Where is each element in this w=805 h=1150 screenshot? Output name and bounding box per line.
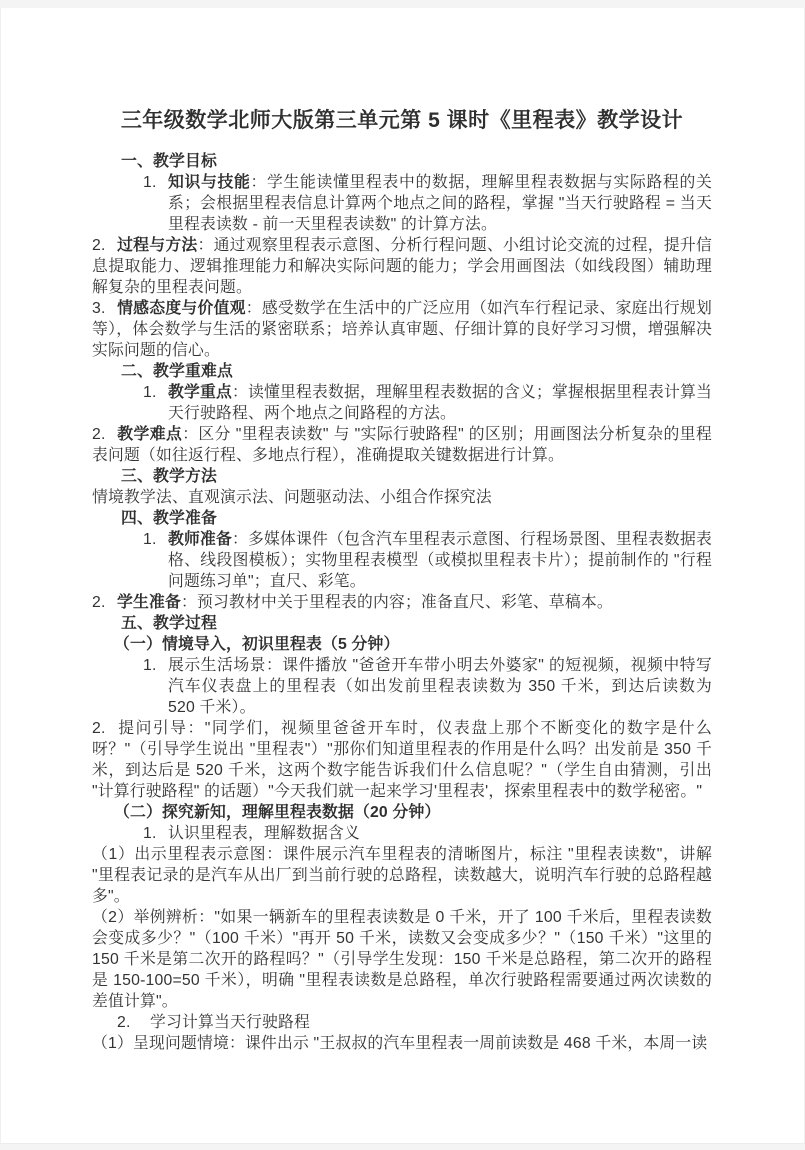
text-run: ：预习教材中关于里程表的内容；准备直尺、彩笔、草稿本。	[181, 594, 613, 611]
section-heading-1: 一、教学目标	[92, 151, 712, 172]
section-heading-2: 二、教学重难点	[92, 361, 712, 382]
emphasis-text: 二、教学重难点	[121, 363, 233, 380]
body-paragraph: （1）呈现问题情境：课件出示 "王叔叔的汽车里程表一周前读数是 468 千米，本…	[92, 1033, 712, 1054]
text-run: 情境教学法、直观演示法、问题驱动法、小组合作探究法	[92, 489, 492, 506]
numbered-paragraph: 2.学习计算当天行驶路程	[92, 1012, 712, 1033]
emphasis-text: 情感态度与价值观	[117, 300, 246, 317]
emphasis-text: 知识与技能	[168, 174, 251, 191]
emphasis-text: 四、教学准备	[121, 510, 217, 527]
body-paragraph: （1）出示里程表示意图：课件展示汽车里程表的清晰图片，标注 "里程表读数"，讲解…	[92, 844, 712, 907]
text-run: 展示生活场景：课件播放 "爸爸开车带小明去外婆家" 的短视频，视频中特写汽车仪表…	[168, 657, 712, 716]
list-item: 1.教学重点：读懂里程表数据，理解里程表数据的含义；掌握根据里程表计算当天行驶路…	[92, 382, 712, 424]
text-run: （1）呈现问题情境：课件出示 "王叔叔的汽车里程表一周前读数是 468 千米，本…	[92, 1035, 707, 1052]
page-margin-bottom	[0, 1143, 805, 1150]
text-run: ：区分 "里程表读数" 与 "实际行驶路程" 的区别；用画图法分析复杂的里程表问…	[92, 426, 712, 464]
emphasis-text: 五、教学过程	[121, 615, 217, 632]
list-marker: 2.	[92, 235, 117, 256]
section-heading-4: 四、教学准备	[92, 508, 712, 529]
emphasis-text: 过程与方法	[117, 237, 198, 254]
list-marker: 3.	[92, 298, 117, 319]
emphasis-text: （一）情境导入，初识里程表（5 分钟）	[114, 636, 400, 653]
list-item: 1.认识里程表，理解数据含义	[92, 823, 712, 844]
section-heading-3: 三、教学方法	[92, 466, 712, 487]
text-run: ：多媒体课件（包含汽车里程表示意图、行程场景图、里程表数据表格、线段图模板）；实…	[168, 531, 712, 590]
subsection-heading-1: （一）情境导入，初识里程表（5 分钟）	[92, 634, 712, 655]
text-run: （2）举例辨析："如果一辆新车的里程表读数是 0 千米，开了 100 千米后，里…	[92, 909, 712, 1010]
list-marker: 2.	[92, 718, 117, 739]
document-title: 三年级数学北师大版第三单元第 5 课时《里程表》教学设计	[92, 106, 712, 136]
list-marker: 2.	[92, 424, 117, 445]
text-run: ：读懂里程表数据，理解里程表数据的含义；掌握根据里程表计算当天行驶路程、两个地点…	[168, 384, 712, 422]
emphasis-text: 一、教学目标	[121, 153, 217, 170]
document-content: 三年级数学北师大版第三单元第 5 课时《里程表》教学设计 一、教学目标1.知识与…	[92, 106, 712, 1054]
list-item: 1.展示生活场景：课件播放 "爸爸开车带小明去外婆家" 的短视频，视频中特写汽车…	[92, 655, 712, 718]
emphasis-text: 三、教学方法	[121, 468, 217, 485]
subsection-heading-2: （二）探究新知，理解里程表数据（20 分钟）	[92, 802, 712, 823]
emphasis-text: 学生准备	[117, 594, 181, 611]
list-item: 1.知识与技能：学生能读懂里程表中的数据，理解里程表数据与实际路程的关系；会根据…	[92, 172, 712, 235]
section-heading-5: 五、教学过程	[92, 613, 712, 634]
text-run: （1）出示里程表示意图：课件展示汽车里程表的清晰图片，标注 "里程表读数"，讲解…	[92, 846, 712, 905]
list-marker: 1.	[143, 823, 157, 844]
numbered-paragraph: 2.学生准备：预习教材中关于里程表的内容；准备直尺、彩笔、草稿本。	[92, 592, 712, 613]
numbered-paragraph: 3.情感态度与价值观：感受数学在生活中的广泛应用（如汽车行程记录、家庭出行规划等…	[92, 298, 712, 361]
numbered-paragraph: 2.教学难点：区分 "里程表读数" 与 "实际行驶路程" 的区别；用画图法分析复…	[92, 424, 712, 466]
document-paper: 三年级数学北师大版第三单元第 5 课时《里程表》教学设计 一、教学目标1.知识与…	[0, 8, 805, 1143]
list-marker: 2.	[117, 1012, 150, 1033]
document-page: { "colors": { "paper": "#ffffff", "margi…	[0, 0, 805, 1150]
emphasis-text: （二）探究新知，理解里程表数据（20 分钟）	[114, 804, 441, 821]
list-item: 1.教师准备：多媒体课件（包含汽车里程表示意图、行程场景图、里程表数据表格、线段…	[92, 529, 712, 592]
text-run: 认识里程表，理解数据含义	[168, 825, 360, 842]
list-marker: 1.	[143, 655, 157, 676]
emphasis-text: 教学重点	[168, 384, 232, 401]
numbered-paragraph: 2.提问引导："同学们，视频里爸爸开车时，仪表盘上那个不断变化的数字是什么呀？"…	[92, 718, 712, 802]
body-paragraph: （2）举例辨析："如果一辆新车的里程表读数是 0 千米，开了 100 千米后，里…	[92, 907, 712, 1012]
document-body: 一、教学目标1.知识与技能：学生能读懂里程表中的数据，理解里程表数据与实际路程的…	[92, 151, 712, 1054]
emphasis-text: 教学难点	[117, 426, 182, 443]
numbered-paragraph: 2.过程与方法：通过观察里程表示意图、分析行程问题、小组讨论交流的过程，提升信息…	[92, 235, 712, 298]
text-run: 提问引导："同学们，视频里爸爸开车时，仪表盘上那个不断变化的数字是什么呀？"（引…	[92, 720, 712, 800]
text-run: ：学生能读懂里程表中的数据，理解里程表数据与实际路程的关系；会根据里程表信息计算…	[168, 174, 712, 233]
list-marker: 1.	[143, 382, 157, 403]
emphasis-text: 教师准备	[168, 531, 232, 548]
body-paragraph: 情境教学法、直观演示法、问题驱动法、小组合作探究法	[92, 487, 712, 508]
list-marker: 2.	[92, 592, 117, 613]
list-marker: 1.	[143, 172, 157, 193]
list-marker: 1.	[143, 529, 157, 550]
text-run: 学习计算当天行驶路程	[150, 1014, 310, 1031]
